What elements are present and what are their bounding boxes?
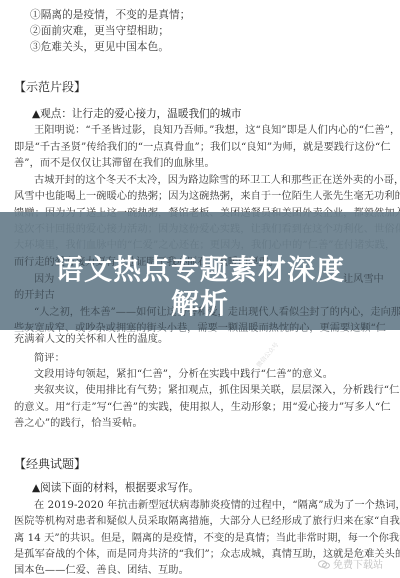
list-item-1: ①隔离的是疫情，不变的是真情； [30,9,190,22]
list-item-3: ③危难关头，更见中国本色。 [30,41,169,54]
comment-label: 简评： [34,352,65,365]
paragraph-line: 在 2019-2020 年抗击新型冠状病毒肺炎疫情的过程中，“隔离”成为了一个热… [34,499,400,512]
paragraph-line: 即是“千古圣贤”传给我们的“一点真骨血”；我们以“良知”为师，就是要践行这份“仁 [14,141,391,154]
viewpoint-heading: ▲观点：让行走的爱心接力，温暖我们的城市 [32,107,241,121]
section-heading-classic: 【经典试题】 [14,456,86,472]
comment-line: 夹叙夹议，使用排比有气势；紧扣观点，抓住因果关联，层层深入，分析践行“仁善” [34,384,400,397]
overlay-title-line-2: 解析 [0,288,400,320]
paragraph-line: 古城开封的这个冬天不太冷，因为路边除雪的环卫工人和那些正在送外卖的小哥，在 [34,174,400,187]
diagonal-watermark: 微信公众号 [254,340,280,369]
brand-watermark-text: 免费下载站 [333,560,383,571]
wechat-icon [318,560,330,569]
section-heading-example: 【示范片段】 [14,79,86,95]
comment-line: 文段用诗句领起，紧扣“仁善”，分析在实践中践行“仁善”的意义。 [34,368,333,381]
paragraph-line: 医院等机构对患者和疑似人员采取隔离措施，大部分人已经形成了旅行归来在家“自我隔 [14,515,400,528]
list-item-2: ②面前灾难，更当守望相助； [30,25,169,38]
comment-line: 善之心”的践行，恰当妥帖。 [14,417,143,430]
paragraph-line: 风雪中也能喝上一碗暖心的热粥；因为这碗热粥，来自于一位陌生人张先生毫无功利的无私 [14,190,400,203]
comment-line: 的意义。用“行走”写“仁善”的实践，使用拟人，生动形象；用“爱心接力”写多人“仁 [14,401,391,414]
document-page: ①隔离的是疫情，不变的是真情； ②面前灾难，更当守望相助； ③危难关头，更见中国… [0,0,400,578]
paragraph-line: 充满着人文的关怀和人性的温度。 [14,333,168,346]
paragraph-line: 离 14 天”的共识。但是，隔离的是疫情，不变的是真情；当此非常时期，每一个你我… [14,532,400,545]
paragraph-line: 善”，而不是仅仅让其滞留在我们的血脉里。 [14,157,215,170]
brand-watermark: 免费下载站 [318,556,383,571]
overlay-title-line-1: 语文热点专题素材深度 [0,254,400,286]
paragraph-line: 国本色——仁爱、善良、团结、互助。 [14,564,189,577]
prompt-heading: ▲阅读下面的材料，根据要求写作。 [32,481,199,495]
paragraph-line: 王阳明说：“千圣皆过影，良知乃吾师。”我想，这“良知”即是人们内心的“仁善”， [34,124,400,137]
